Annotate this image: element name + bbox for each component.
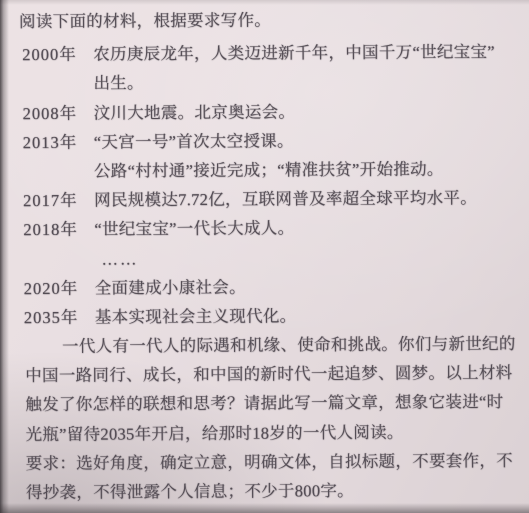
year-label: 2013年 (23, 127, 94, 157)
year-label: 2020年 (24, 273, 95, 303)
timeline-text: “天宫一号”首次太空授课。 (94, 126, 294, 156)
timeline-text: “世纪宝宝”一代长大成人。 (94, 214, 294, 244)
essay-prompt-text-block: 阅读下面的材料，根据要求写作。 2000年 农历庚辰龙年，人类迈进新千年，中国千… (19, 4, 529, 507)
timeline-text: 基本实现社会主义现代化。 (95, 301, 297, 331)
timeline-continuation-2013: 公路“村村通”接近完成；“精准扶贫”开始推动。 (94, 154, 529, 186)
year-label: 2000年 (22, 40, 93, 70)
year-label: 2017年 (23, 186, 94, 216)
timeline-row-2008: 2008年 汶川大地震。北京奥运会。 (19, 96, 529, 128)
timeline-ellipsis: …… (101, 241, 529, 273)
timeline-continuation-2000: 出生。 (93, 66, 529, 98)
paragraph-line: 中国一路同行、成长，和中国的新时代一起追梦、圆梦。以上材料 (25, 358, 529, 390)
timeline-row-2000: 2000年 农历庚辰龙年，人类迈进新千年，中国千万“世纪宝宝” (19, 37, 529, 69)
paper-left-edge-shadow (0, 0, 9, 513)
timeline-row-2017: 2017年 网民规模达7.72亿，互联网普及率超全球平均水平。 (20, 183, 529, 215)
timeline-text: 汶川大地震。北京奥运会。 (93, 97, 295, 127)
timeline-row-2020: 2020年 全面建成小康社会。 (21, 271, 529, 303)
paragraph-line: 光瓶”留待2035年开启，给那时18岁的一代人阅读。 (25, 417, 529, 449)
paragraph-line: 一代人有一代人的际遇和机缘、使命和挑战。你们与新世纪的 (25, 329, 529, 361)
requirements-line: 要求：选好角度，确定立意，明确文体，自拟标题，不要套作，不 (26, 446, 529, 478)
timeline-row-2035: 2035年 基本实现社会主义现代化。 (21, 300, 529, 332)
year-label: 2008年 (22, 98, 93, 128)
timeline-row-2018: 2018年 “世纪宝宝”一代长大成人。 (20, 212, 529, 244)
year-label: 2018年 (23, 215, 94, 245)
timeline-text: 农历庚辰龙年，人类迈进新千年，中国千万“世纪宝宝” (93, 37, 495, 69)
requirements-line: 得抄袭，不得泄露个人信息；不少于800字。 (26, 475, 529, 507)
timeline-row-2013: 2013年 “天宫一号”首次太空授课。 (20, 125, 529, 157)
exam-paper-photo: 阅读下面的材料，根据要求写作。 2000年 农历庚辰龙年，人类迈进新千年，中国千… (0, 0, 529, 513)
intro-line: 阅读下面的材料，根据要求写作。 (19, 4, 529, 36)
timeline-text: 网民规模达7.72亿，互联网普及率超全球平均水平。 (94, 183, 477, 215)
paragraph-line: 触发了你怎样的联想和思考？请据此写一篇文章，想象它装进“时 (25, 387, 529, 419)
year-label: 2035年 (24, 303, 95, 333)
timeline-text: 全面建成小康社会。 (95, 272, 246, 302)
